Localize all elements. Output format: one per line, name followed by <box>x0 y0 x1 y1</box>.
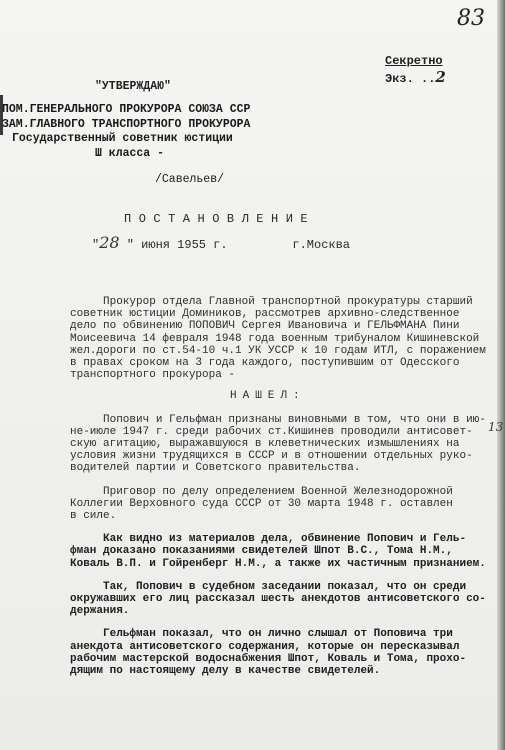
text-line: Гельфман показал, что он лично слышал от… <box>70 628 500 640</box>
date-line: "28 " июня 1955 г. г.Москва <box>92 233 350 252</box>
text-line: держания. <box>70 605 500 617</box>
text-line: анекдота антисоветского содержания, кото… <box>70 641 500 653</box>
text-line: Приговор по делу определением Военной Же… <box>70 486 500 498</box>
text-line: Прокурор отдела Главной транспортной про… <box>70 296 500 308</box>
text-line: Коллегии Верховного суда СССР от 30 март… <box>70 498 500 510</box>
copy-line: Экз. ..2 <box>385 69 446 87</box>
text-line: условия жизни трудящихся в СССР и в отно… <box>70 450 500 462</box>
text-line: в силе. <box>70 510 500 522</box>
classification-block: Секретно Экз. ..2 <box>385 53 446 87</box>
document-title: ПОСТАНОВЛЕНИЕ <box>124 212 315 226</box>
document-body: Прокурор отдела Главной транспортной про… <box>70 296 500 677</box>
document-page: 83 Секретно Экз. ..2 "УТВЕРЖДАЮ" ПОМ.ГЕН… <box>0 0 505 750</box>
text-line: Так, Попович в судебном заседании показа… <box>70 581 500 593</box>
approval-heading: "УТВЕРЖДАЮ" <box>95 80 171 93</box>
paragraph-popovich-testimony: Так, Попович в судебном заседании показа… <box>70 581 500 618</box>
text-line: окружавших его лиц рассказал шесть анекд… <box>70 593 500 605</box>
paragraph-accusation: Попович и Гельфман признаны виновными в … <box>70 414 500 475</box>
intro-paragraph: Прокурор отдела Главной транспортной про… <box>70 296 500 381</box>
found-heading: НАШЕЛ: <box>70 390 500 402</box>
approver-line: Ш класса - <box>0 147 300 162</box>
classification-label: Секретно <box>385 53 446 69</box>
text-line: фман доказано показаниями свидетелей Шпо… <box>70 545 500 557</box>
text-line: советник юстиции Домиников, рассмотрев а… <box>70 308 500 320</box>
margin-mark: 13 <box>488 420 503 434</box>
text-line: дящим по настоящему делу в качестве свид… <box>70 665 500 677</box>
paragraph-gelfman-testimony: Гельфман показал, что он лично слышал от… <box>70 628 500 677</box>
text-line: транспортного прокурора - <box>70 369 500 381</box>
approver-line: Государственный советник юстиции <box>0 132 300 147</box>
text-line: Как видно из материалов дела, обвинение … <box>70 533 500 545</box>
approver-block: ПОМ.ГЕНЕРАЛЬНОГО ПРОКУРОРА СОЮЗА ССР ЗАМ… <box>0 103 300 188</box>
text-line: дело по обвинению ПОПОВИЧ Сергея Иванови… <box>70 320 500 332</box>
text-line: рабочим мастерской водоснабжения Шпот, К… <box>70 653 500 665</box>
copy-number: 2 <box>435 68 445 86</box>
text-line: в правах сроком на 3 года каждого, посту… <box>70 357 500 369</box>
text-line: водителей партии и Советского правительс… <box>70 462 500 474</box>
date-day-handwritten: 28 <box>99 233 119 252</box>
text-line: скую агитацию, выражавшуюся в клеветниче… <box>70 438 500 450</box>
text-line: Попович и Гельфман признаны виновными в … <box>70 414 500 426</box>
approver-line: ПОМ.ГЕНЕРАЛЬНОГО ПРОКУРОРА СОЮЗА ССР <box>0 103 300 118</box>
date-rest: " июня 1955 г. г.Москва <box>120 238 350 252</box>
paragraph-evidence: Как видно из материалов дела, обвинение … <box>70 533 500 570</box>
copy-label: Экз. .. <box>385 72 435 86</box>
text-line: Моисеевича 14 февраля 1948 года военным … <box>70 333 500 345</box>
sheet-number: 83 <box>457 6 485 31</box>
approver-signature: /Савельев/ <box>0 173 300 188</box>
text-line: жел.дороги по ст.54-10 ч.1 УК УССР к 10 … <box>70 345 500 357</box>
text-line: не-июле 1947 г. среди рабочих ст.Кишинев… <box>70 426 500 438</box>
paragraph-sentence: Приговор по делу определением Военной Же… <box>70 486 500 523</box>
approver-line: ЗАМ.ГЛАВНОГО ТРАНСПОРТНОГО ПРОКУРОРА <box>0 118 300 133</box>
text-line: Коваль В.П. и Гойренберг Н.М., а также и… <box>70 558 500 570</box>
